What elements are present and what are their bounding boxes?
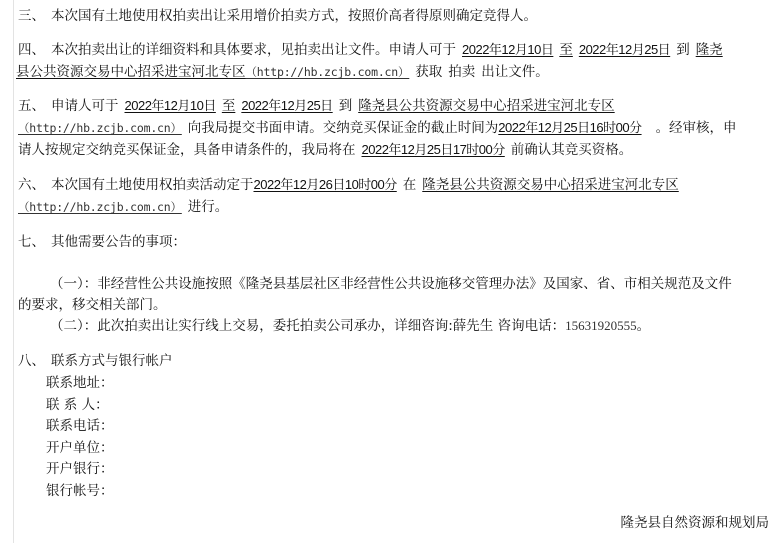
section-7-item-1-text: （一）：非经营性公共设施按照《隆尧县基层社区非经营性公共设施移交管理办法》及国家… xyxy=(50,276,732,292)
section-8-title: 联系方式与银行帐户 xyxy=(51,353,173,369)
section-7-item-1-line-2: 的要求，移交相关部门。 xyxy=(18,295,167,315)
bank-name-label: 开户银行： xyxy=(46,461,114,477)
section-4-url-link[interactable]: （http://hb.zcjb.com.cn） xyxy=(246,65,410,79)
section-4-arrive: 到 xyxy=(676,42,690,58)
section-4-file: 出让文件。 xyxy=(481,64,549,80)
section-5-condition-text: 请人按规定交纳竞买保证金，具备申请条件的，我局将在 xyxy=(18,142,356,158)
section-5-arrive: 到 xyxy=(339,98,353,114)
page-left-border xyxy=(13,0,14,543)
section-5-line-1: 五、申请人可于2022年12月10日至2022年12月25日到隆尧县公共资源交易… xyxy=(18,96,615,116)
section-8-number: 八、 xyxy=(18,353,45,369)
section-7-item-2-end: 。 xyxy=(637,318,651,334)
section-7-item-1-line-1: （一）：非经营性公共设施按照《隆尧县基层社区非经营性公共设施移交管理办法》及国家… xyxy=(50,274,732,294)
section-5-review-text: 。经审核，申 xyxy=(656,120,737,136)
section-5-deadline: 2022年12月25日16时00分 xyxy=(498,120,641,135)
issuer-signature: 隆尧县自然资源和规划局 xyxy=(621,513,770,533)
account-holder-field: 开户单位： xyxy=(46,438,114,458)
contact-person-field: 联 系 人： xyxy=(46,395,109,415)
section-4-auction: 拍卖 xyxy=(448,64,475,80)
section-6-line-2: （http://hb.zcjb.com.cn）进行。 xyxy=(18,197,228,217)
section-7-phone-number: 15631920555 xyxy=(565,318,637,333)
section-4-line-2: 县公共资源交易中心招采进宝河北专区（http://hb.zcjb.com.cn）… xyxy=(16,62,549,82)
section-5-url-link[interactable]: （http://hb.zcjb.com.cn） xyxy=(18,121,182,135)
bank-account-field: 银行帐号： xyxy=(46,481,114,501)
section-4-get: 获取 xyxy=(415,64,442,80)
section-5-to: 至 xyxy=(222,98,236,114)
section-5-line-3: 请人按规定交纳竞买保证金，具备申请条件的，我局将在2022年12月25日17时0… xyxy=(18,140,632,160)
section-4-line-1: 四、本次拍卖出让的详细资料和具体要求，见拍卖出让文件。申请人可于2022年12月… xyxy=(18,40,723,60)
section-6-text: 本次国有土地使用权拍卖活动定于 xyxy=(51,177,254,193)
contact-address-label: 联系地址： xyxy=(46,375,114,391)
section-4-date-from: 2022年12月10日 xyxy=(462,42,553,57)
section-7-item-1-text-cont: 的要求，移交相关部门。 xyxy=(18,297,167,313)
section-7-title-line: 七、其他需要公告的事项： xyxy=(18,232,186,252)
section-6-proceed: 进行。 xyxy=(188,199,229,215)
section-5-text: 申请人可于 xyxy=(51,98,119,114)
section-4-text: 本次拍卖出让的详细资料和具体要求，见拍卖出让文件。申请人可于 xyxy=(51,42,456,58)
section-3-text: 本次国有土地使用权拍卖出让采用增价拍卖方式，按照价高者得原则确定竞得人。 xyxy=(51,8,537,24)
section-7-item-2: （二）：此次拍卖出让实行线上交易，委托拍卖公司承办，详细咨询:薛先生 咨询电话：… xyxy=(50,316,650,336)
bank-name-field: 开户银行： xyxy=(46,459,114,479)
bank-account-label: 银行帐号： xyxy=(46,483,114,499)
section-3-number: 三、 xyxy=(18,8,45,24)
section-5-date-to: 2022年12月25日 xyxy=(241,98,332,113)
section-5-submit-text: 向我局提交书面申请。交纳竞买保证金的截止时间为 xyxy=(188,120,499,136)
section-4-to: 至 xyxy=(559,42,573,58)
section-4-date-to: 2022年12月25日 xyxy=(579,42,670,57)
section-7-item-2-text: （二）：此次拍卖出让实行线上交易，委托拍卖公司承办，详细咨询:薛先生 咨询电话： xyxy=(50,318,565,334)
section-5-confirm-time: 2022年12月25日17时00分 xyxy=(362,142,505,157)
contact-person-label: 联 系 人： xyxy=(46,397,109,413)
contact-phone-field: 联系电话： xyxy=(46,416,114,436)
section-5-date-from: 2022年12月10日 xyxy=(125,98,216,113)
section-6-number: 六、 xyxy=(18,177,45,193)
section-6-venue-link[interactable]: 隆尧县公共资源交易中心招采进宝河北专区 xyxy=(422,177,679,193)
section-4-venue-link-part2[interactable]: 县公共资源交易中心招采进宝河北专区 xyxy=(16,64,246,80)
section-6-line-1: 六、本次国有土地使用权拍卖活动定于2022年12月26日10时00分在隆尧县公共… xyxy=(18,175,679,195)
account-holder-label: 开户单位： xyxy=(46,440,114,456)
section-8-title-line: 八、联系方式与银行帐户 xyxy=(18,351,173,371)
section-7-title: 其他需要公告的事项： xyxy=(51,234,186,250)
section-6-at: 在 xyxy=(403,177,417,193)
contact-phone-label: 联系电话： xyxy=(46,418,114,434)
section-4-number: 四、 xyxy=(18,42,45,58)
section-7-number: 七、 xyxy=(18,234,45,250)
section-3: 三、本次国有土地使用权拍卖出让采用增价拍卖方式，按照价高者得原则确定竞得人。 xyxy=(18,6,537,26)
section-4-venue-link-part1[interactable]: 隆尧 xyxy=(696,42,723,58)
contact-address-field: 联系地址： xyxy=(46,373,114,393)
section-5-number: 五、 xyxy=(18,98,45,114)
section-5-confirm-text: 前确认其竞买资格。 xyxy=(511,142,633,158)
section-6-auction-time: 2022年12月26日10时00分 xyxy=(254,177,397,192)
section-6-url-link[interactable]: （http://hb.zcjb.com.cn） xyxy=(18,200,182,214)
section-5-line-2: （http://hb.zcjb.com.cn）向我局提交书面申请。交纳竞买保证金… xyxy=(18,118,737,138)
section-5-venue-link[interactable]: 隆尧县公共资源交易中心招采进宝河北专区 xyxy=(358,98,615,114)
